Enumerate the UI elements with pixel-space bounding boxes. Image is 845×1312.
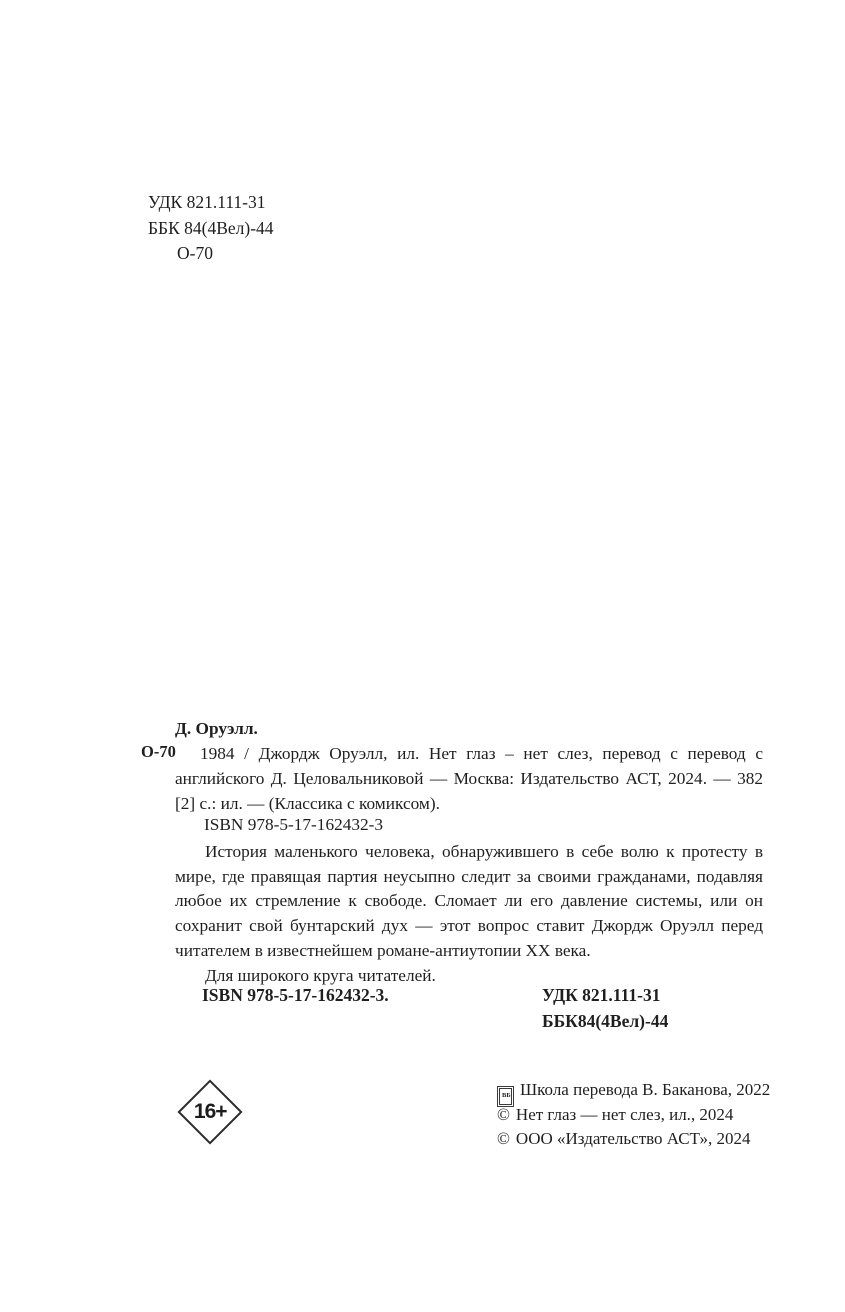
annotation-block: История маленького человека, обнаруживше… <box>175 840 763 988</box>
catalog-author: Д. Оруэлл. <box>175 716 763 741</box>
bakanov-school-logo-letters: ВБ <box>502 1093 509 1100</box>
copyright-symbol: © <box>497 1103 510 1127</box>
classification-block: УДК 821.111-31 ББК 84(4Вел)-44 О-70 <box>148 190 274 267</box>
copyright-illustrations-text: Нет глаз — нет слез, ил., 2024 <box>516 1103 734 1127</box>
bbk-code-bottom: ББК84(4Вел)-44 <box>542 1008 668 1034</box>
udk-code-top: УДК 821.111-31 <box>148 190 274 216</box>
annotation-text: История маленького человека, обнаруживше… <box>175 840 763 964</box>
author-sign-code-top: О-70 <box>148 241 274 267</box>
copyright-school-text: Школа перевода В. Баканова, 2022 <box>520 1078 770 1102</box>
book-imprint-page: УДК 821.111-31 ББК 84(4Вел)-44 О-70 О-70… <box>0 0 845 1312</box>
copyright-publisher-text: ООО «Издательство АСТ», 2024 <box>516 1127 751 1151</box>
catalog-description: 1984 / Джордж Оруэлл, ил. Нет глаз – нет… <box>175 741 763 816</box>
copyright-symbol: © <box>497 1127 510 1151</box>
age-rating-badge: 16+ <box>177 1079 242 1144</box>
author-sign-code-margin: О-70 <box>141 742 176 762</box>
isbn-number-bold: ISBN 978-5-17-162432-3. <box>202 985 389 1006</box>
bakanov-school-logo-icon: ВБ <box>499 1088 512 1105</box>
udk-code-bottom: УДК 821.111-31 <box>542 982 668 1008</box>
isbn-number: ISBN 978-5-17-162432-3 <box>204 815 383 835</box>
age-rating-label: 16+ <box>194 1100 227 1124</box>
copyright-block: ВБ Школа перевода В. Баканова, 2022 © Не… <box>497 1078 770 1151</box>
bbk-code-top: ББК 84(4Вел)-44 <box>148 216 274 242</box>
copyright-line-school: ВБ Школа перевода В. Баканова, 2022 <box>497 1078 770 1103</box>
classification-block-bottom: УДК 821.111-31 ББК84(4Вел)-44 <box>542 982 668 1034</box>
copyright-line-publisher: © ООО «Издательство АСТ», 2024 <box>497 1127 770 1151</box>
catalog-card: Д. Оруэлл. 1984 / Джордж Оруэлл, ил. Нет… <box>175 716 763 816</box>
copyright-line-illustrations: © Нет глаз — нет слез, ил., 2024 <box>497 1103 770 1127</box>
